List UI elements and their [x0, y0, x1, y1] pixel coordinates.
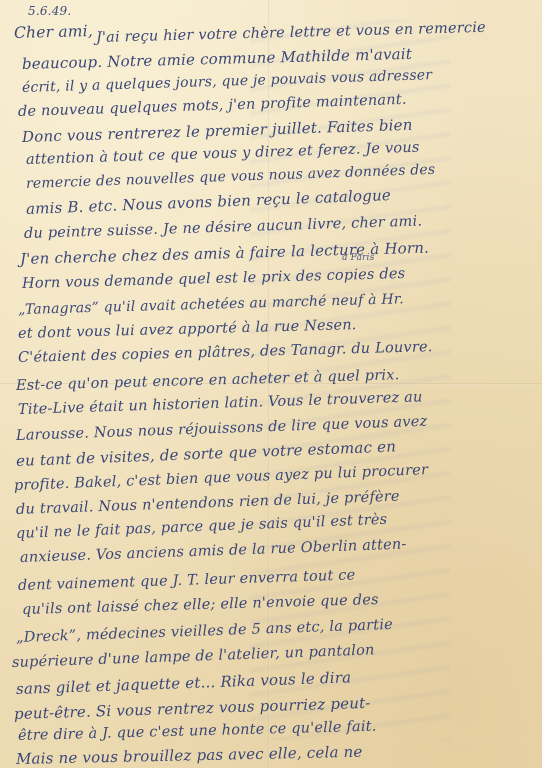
- letter-insertion: à Paris: [342, 253, 374, 263]
- letter-date: 5.6.49.: [28, 4, 71, 18]
- letter-line: être dire à J. que c'est une honte ce qu…: [18, 719, 377, 744]
- letter-line: Mais ne vous brouillez pas avec elle, ce…: [16, 743, 363, 768]
- letter-salutation: Cher ami,: [14, 22, 93, 42]
- letter-page: 5.6.49. Cher ami, J'ai reçu hier votre c…: [0, 0, 542, 768]
